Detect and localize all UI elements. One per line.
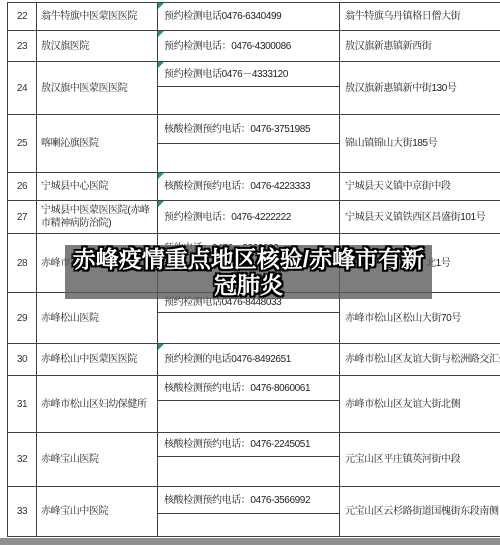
hospital-name: 赤峰松山医院 xyxy=(37,293,158,344)
row-number: 24 xyxy=(8,62,37,115)
watermark-text-line1: 赤峰疫情重点地区核验/赤峰市有新 xyxy=(73,246,424,272)
hospital-name: 喀喇沁旗医院 xyxy=(37,115,158,173)
address-cell: 元宝山区平庄镇英河街中段 xyxy=(340,433,500,487)
phone-cell-empty xyxy=(158,457,340,487)
row-number: 33 xyxy=(8,487,37,537)
table-row: 33 赤峰宝山中医院 核酸检测预约电话：0476-3566992 元宝山区云杉路… xyxy=(8,487,500,514)
phone-cell-empty xyxy=(158,144,340,173)
hospital-name: 赤峰宝山医院 xyxy=(37,433,158,487)
phone-cell: 预约检测电话：0476-4300086 xyxy=(158,31,340,62)
phone-cell: 核酸检测预约电话：0476-8060061 xyxy=(158,376,340,401)
hospital-name: 赤峰松山中医蒙医医院 xyxy=(37,344,158,376)
table-row: 27 宁城县中医蒙医医院(赤峰市精神病防治院) 预约检测电话：0476-4222… xyxy=(8,201,500,234)
table-row: 24 敖汉旗中医蒙医医院 预约检测电话0476－4333120 敖汉旗新惠镇新中… xyxy=(8,62,500,87)
hospital-name: 赤峰宝山中医院 xyxy=(37,487,158,537)
phone-cell: 核酸检测预约电话：0476-3566992 xyxy=(158,487,340,514)
green-flag-icon xyxy=(158,31,164,37)
table-row: 26 宁城县中心医院 核酸检测预约电话：0476-4223333 宁城县天义镇中… xyxy=(8,173,500,201)
phone-text: 预约检测的电话0476-8492651 xyxy=(164,354,291,365)
phone-text: 核酸检测预约电话：0476-3566992 xyxy=(164,495,310,506)
hospital-name: 翁牛特旗中医蒙医医院 xyxy=(37,3,158,31)
phone-text: 核酸检测预约电话：0476-3751985 xyxy=(164,124,310,135)
row-number: 32 xyxy=(8,433,37,487)
address-cell: 赤峰市松山区友谊大街与松洲路交汇处 xyxy=(340,344,500,376)
phone-cell: 核酸检测预约电话：0476-3751985 xyxy=(158,115,340,144)
hospital-name: 宁城县中医蒙医医院(赤峰市精神病防治院) xyxy=(37,201,158,234)
phone-cell: 预约检测的电话0476-8492651 xyxy=(158,344,340,376)
hospital-name: 敖汉旗中医蒙医医院 xyxy=(37,62,158,115)
green-flag-icon xyxy=(158,173,164,179)
phone-text: 预约检测电话：0476-4300086 xyxy=(164,41,291,52)
phone-cell-empty xyxy=(158,514,340,537)
address-cell: 锦山镇锦山大街185号 xyxy=(340,115,500,173)
phone-cell: 预约检测电话0476-6340499 xyxy=(158,3,340,31)
watermark-text-line2: 冠肺炎 xyxy=(214,272,283,298)
watermark-overlay: 赤峰疫情重点地区核验/赤峰市有新 冠肺炎 xyxy=(65,245,432,299)
row-number: 31 xyxy=(8,376,37,433)
hospital-name: 敖汉旗医院 xyxy=(37,31,158,62)
phone-cell-empty xyxy=(158,87,340,115)
phone-text: 核酸检测预约电话：0476-4223333 xyxy=(164,181,310,192)
green-flag-icon xyxy=(158,62,164,68)
green-flag-icon xyxy=(158,201,164,207)
table-row: 25 喀喇沁旗医院 核酸检测预约电话：0476-3751985 锦山镇锦山大街1… xyxy=(8,115,500,144)
phone-cell: 预约检测电话：0476-4222222 xyxy=(158,201,340,234)
hospital-name: 赤峰市松山区妇幼保健所 xyxy=(37,376,158,433)
row-number: 30 xyxy=(8,344,37,376)
phone-text: 核酸检测预约电话：0476-2245051 xyxy=(164,439,310,450)
table-row: 32 赤峰宝山医院 核酸检测预约电话：0476-2245051 元宝山区平庄镇英… xyxy=(8,433,500,457)
row-number: 27 xyxy=(8,201,37,234)
table-row: 31 赤峰市松山区妇幼保健所 核酸检测预约电话：0476-8060061 赤峰市… xyxy=(8,376,500,401)
row-number: 25 xyxy=(8,115,37,173)
green-flag-icon xyxy=(158,3,164,9)
address-cell: 宁城县天义镇中京街中段 xyxy=(340,173,500,201)
phone-text: 预约检测电话0476-6340499 xyxy=(164,11,281,22)
hospital-name: 宁城县中心医院 xyxy=(37,173,158,201)
row-number: 26 xyxy=(8,173,37,201)
address-cell: 宁城县天义镇铁西区昌盛街101号 xyxy=(340,201,500,234)
address-cell: 赤峰市松山区友谊大街北侧 xyxy=(340,376,500,433)
phone-cell-empty xyxy=(158,313,340,344)
phone-cell: 核酸检测预约电话：0476-4223333 xyxy=(158,173,340,201)
table-row: 30 赤峰松山中医蒙医医院 预约检测的电话0476-8492651 赤峰市松山区… xyxy=(8,344,500,376)
phone-text: 核酸检测预约电话：0476-8060061 xyxy=(164,383,310,394)
phone-cell-empty xyxy=(158,401,340,433)
row-number: 22 xyxy=(8,3,37,31)
bottom-gray-bar xyxy=(0,538,500,545)
phone-text: 预约检测电话：0476-4222222 xyxy=(164,212,291,223)
address-cell: 翁牛特旗乌丹镇格日僧大街 xyxy=(340,3,500,31)
table-row: 23 敖汉旗医院 预约检测电话：0476-4300086 敖汉旗新惠镇新西街 xyxy=(8,31,500,62)
green-flag-icon xyxy=(158,344,164,350)
row-number: 28 xyxy=(8,234,37,293)
phone-cell: 核酸检测预约电话：0476-2245051 xyxy=(158,433,340,457)
address-cell: 敖汉旗新惠镇新西街 xyxy=(340,31,500,62)
phone-text: 预约检测电话0476－4333120 xyxy=(164,69,288,80)
row-number: 23 xyxy=(8,31,37,62)
phone-cell: 预约检测电话0476－4333120 xyxy=(158,62,340,87)
address-cell: 元宝山区云杉路街道国槐街东段南侧 xyxy=(340,487,500,537)
table-row: 22 翁牛特旗中医蒙医医院 预约检测电话0476-6340499 翁牛特旗乌丹镇… xyxy=(8,3,500,31)
address-cell: 敖汉旗新惠镇新中街130号 xyxy=(340,62,500,115)
address-cell: 赤峰市松山区松山大街70号 xyxy=(340,293,500,344)
row-number: 29 xyxy=(8,293,37,344)
